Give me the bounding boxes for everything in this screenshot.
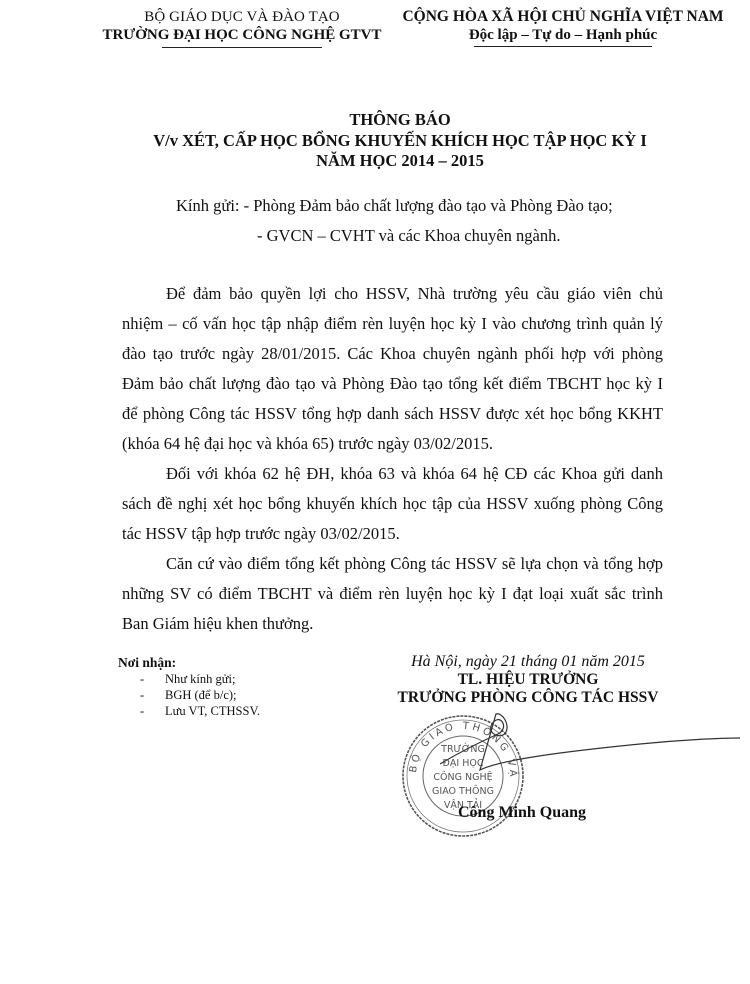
body-line: những SV có điểm TBCHT và điểm rèn luyện…: [122, 584, 663, 604]
national-header: CỘNG HÒA XÃ HỘI CHỦ NGHĨA VIỆT NAM Độc l…: [388, 8, 738, 47]
ministry-name: BỘ GIÁO DỤC VÀ ĐÀO TẠO: [92, 8, 392, 26]
signature-block: Hà Nội, ngày 21 tháng 01 năm 2015 TL. HI…: [378, 652, 678, 707]
body-line: đào tạo trước ngày 28/01/2015. Các Khoa …: [122, 344, 663, 364]
title-line-1: THÔNG BÁO: [90, 110, 710, 131]
header-right-underline: [474, 46, 652, 47]
signer-position: TRƯỞNG PHÒNG CÔNG TÁC HSSV: [378, 689, 678, 707]
document-title: THÔNG BÁO V/v XÉT, CẤP HỌC BỔNG KHUYẾN K…: [90, 110, 710, 172]
school-name: TRƯỜNG ĐẠI HỌC CÔNG NGHỆ GTVT: [92, 26, 392, 44]
header-left-underline: [162, 47, 322, 48]
distribution-item: -BGH (để b/c);: [118, 687, 260, 703]
issuing-authority: BỘ GIÁO DỤC VÀ ĐÀO TẠO TRƯỜNG ĐẠI HỌC CÔ…: [92, 8, 392, 48]
body-line: Để đảm bảo quyền lợi cho HSSV, Nhà trườn…: [166, 284, 663, 304]
country-name: CỘNG HÒA XÃ HỘI CHỦ NGHĨA VIỆT NAM: [388, 8, 738, 26]
body-line: Đối với khóa 62 hệ ĐH, khóa 63 và khóa 6…: [166, 464, 663, 484]
title-line-3: NĂM HỌC 2014 – 2015: [90, 151, 710, 172]
body-line: để phòng Công tác HSSV tổng hợp danh sác…: [122, 404, 663, 424]
svg-text:GIAO THÔNG: GIAO THÔNG: [432, 785, 494, 797]
issue-date: Hà Nội, ngày 21 tháng 01 năm 2015: [378, 652, 678, 671]
body-line: tác HSSV tập hợp trước ngày 03/02/2015.: [122, 524, 663, 544]
recipients-line-2: - GVCN – CVHT và các Khoa chuyên ngành.: [257, 226, 561, 246]
distribution-list: Nơi nhận: -Như kính gửi; -BGH (để b/c); …: [118, 655, 260, 719]
distribution-item: -Lưu VT, CTHSSV.: [118, 703, 260, 719]
signer-name: Công Minh Quang: [458, 804, 586, 822]
distribution-item: -Như kính gửi;: [118, 671, 260, 687]
distribution-heading: Nơi nhận:: [118, 655, 260, 671]
body-line: Căn cứ vào điểm tổng kết phòng Công tác …: [166, 554, 663, 574]
on-behalf-title: TL. HIỆU TRƯỞNG: [378, 671, 678, 689]
title-line-2: V/v XÉT, CẤP HỌC BỔNG KHUYẾN KHÍCH HỌC T…: [90, 131, 710, 152]
body-line: Đảm bảo chất lượng đào tạo và Phòng Đào …: [122, 374, 663, 394]
national-motto: Độc lập – Tự do – Hạnh phúc: [388, 26, 738, 45]
body-line: Ban Giám hiệu khen thưởng.: [122, 614, 663, 634]
handwritten-signature-icon: [440, 712, 740, 782]
body-line: sách đề nghị xét học bổng khuyến khích h…: [122, 494, 663, 514]
recipients-line-1: Kính gửi: - Phòng Đảm bảo chất lượng đào…: [176, 196, 613, 216]
body-line: (khóa 64 hệ đại học và khóa 65) trước ng…: [122, 434, 663, 454]
body-line: nhiệm – cố vấn học tập nhập điểm rèn luy…: [122, 314, 663, 334]
